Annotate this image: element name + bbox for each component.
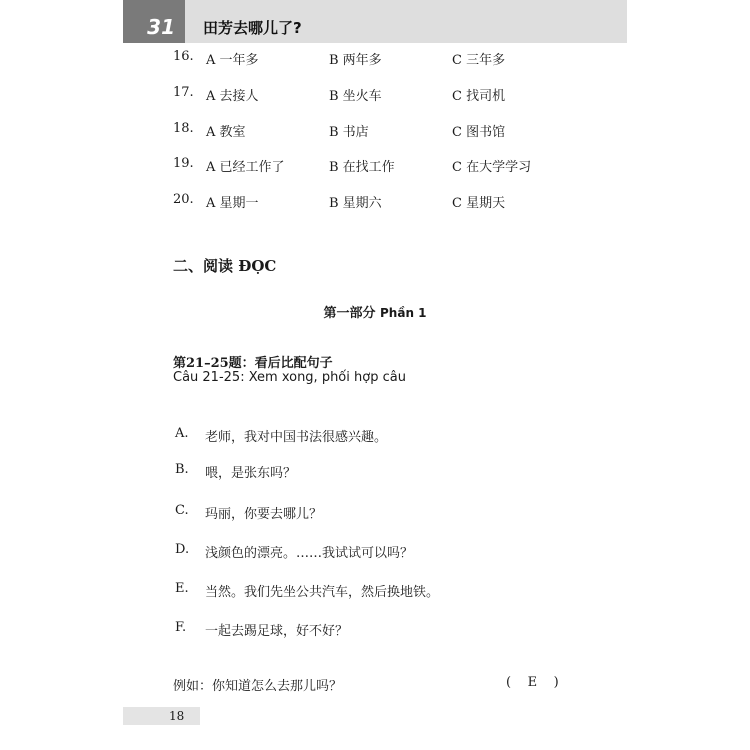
example-question: 例如：你知道怎么去那儿吗？ bbox=[173, 675, 342, 694]
option-text: 当然。我们先坐公共汽车，然后换地铁。 bbox=[205, 581, 439, 600]
part-title-cn: 第一部分 bbox=[323, 306, 375, 321]
option-a: A 已经工作了 bbox=[206, 156, 285, 175]
page-number: 18 bbox=[169, 709, 184, 723]
option-c: C 图书馆 bbox=[452, 121, 505, 140]
part-title: 第一部分 Phần 1 bbox=[0, 302, 750, 321]
instruction-vn: Câu 21-25: Xem xong, phối hợp câu bbox=[173, 370, 406, 385]
option-c: C 星期天 bbox=[452, 192, 505, 211]
option-text: 喂，是张东吗？ bbox=[205, 462, 296, 481]
question-number: 18. bbox=[173, 121, 194, 136]
option-letter: D. bbox=[175, 542, 189, 557]
lesson-header: 31 田芳去哪儿了? bbox=[123, 0, 627, 43]
option-c: C 三年多 bbox=[452, 49, 505, 68]
option-letter: A. bbox=[175, 426, 189, 441]
section-title: 二、阅读 ĐỌC bbox=[173, 255, 276, 276]
example-answer: ( E ) bbox=[506, 675, 559, 690]
question-number: 16. bbox=[173, 49, 194, 64]
option-text: 玛丽，你要去哪儿？ bbox=[205, 503, 322, 522]
option-letter: C. bbox=[175, 503, 189, 518]
page-number-box: 18 bbox=[123, 707, 200, 725]
part-title-vn: Phần 1 bbox=[380, 306, 427, 320]
question-number: 20. bbox=[173, 192, 194, 207]
option-text: 老师，我对中国书法很感兴趣。 bbox=[205, 426, 387, 445]
option-a: A 一年多 bbox=[206, 49, 259, 68]
lesson-number-box: 31 bbox=[123, 0, 185, 43]
option-b: B 星期六 bbox=[329, 192, 382, 211]
option-b: B 两年多 bbox=[329, 49, 382, 68]
option-b: B 坐火车 bbox=[329, 85, 382, 104]
lesson-number: 31 bbox=[147, 15, 175, 39]
option-a: A 去接人 bbox=[206, 85, 259, 104]
option-text: 浅颜色的漂亮。……我试试可以吗？ bbox=[205, 542, 413, 561]
option-c: C 找司机 bbox=[452, 85, 505, 104]
option-b: B 在找工作 bbox=[329, 156, 395, 175]
option-text: 一起去踢足球，好不好？ bbox=[205, 620, 348, 639]
option-c: C 在大学学习 bbox=[452, 156, 531, 175]
question-number: 19. bbox=[173, 156, 194, 171]
lesson-title: 田芳去哪儿了? bbox=[203, 17, 302, 38]
option-a: A 教室 bbox=[206, 121, 246, 140]
instruction-cn: 第21–25题：看后比配句子 bbox=[173, 352, 333, 371]
question-number: 17. bbox=[173, 85, 194, 100]
option-b: B 书店 bbox=[329, 121, 369, 140]
option-letter: E. bbox=[175, 581, 189, 596]
option-a: A 星期一 bbox=[206, 192, 259, 211]
option-letter: B. bbox=[175, 462, 189, 477]
option-letter: F. bbox=[175, 620, 186, 635]
